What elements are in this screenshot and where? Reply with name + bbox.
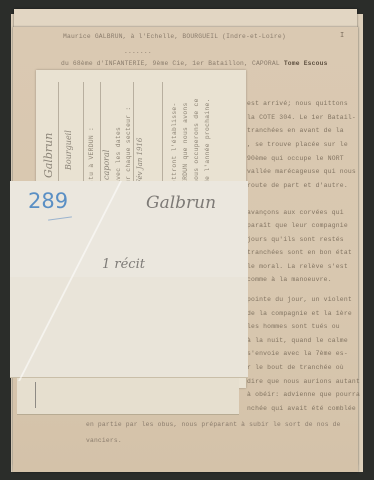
note-card: 289 Galbrun 1 récit [10, 181, 248, 277]
form-typed-line: stu à VERDUN : [88, 127, 95, 184]
text-line: est arrivé; nous quittons [247, 100, 348, 107]
unit-line: du 68ème d'INFANTERIE, 9ème Cie, 1er Bat… [61, 60, 328, 67]
form-rule [100, 82, 101, 182]
unit-line-text: du 68ème d'INFANTERIE, 9ème Cie, 1er Bat… [61, 60, 284, 67]
pencil-mark [35, 382, 36, 408]
text-line: route de part et d'autre. [247, 182, 348, 189]
text-line: tranchées en avant de la [247, 127, 344, 134]
form-rule [133, 82, 134, 182]
underline-mark [48, 216, 72, 220]
form-typed-line: ur chaque secteur : [125, 107, 132, 185]
text-line: la COTE 304. Le 1er Batail- [247, 114, 356, 121]
folded-strip [17, 378, 239, 415]
form-typed-line: ettront l'établisse- [171, 102, 178, 184]
text-line: à obéir: advienne que pourra [247, 391, 360, 398]
form-rule [58, 82, 59, 182]
text-line: tranchées sont en bon état [247, 249, 352, 256]
text-line: pointe du jour, un violent [247, 296, 352, 303]
unit-line-bold: Tome Escous [284, 60, 328, 67]
separator: ....... [124, 48, 152, 55]
handwritten-name: Galbrun [146, 193, 216, 213]
text-line: avançons aux corvées qui [247, 209, 344, 216]
form-typed-line: de l'année prochaine. [204, 98, 211, 184]
blue-pencil-number: 289 [28, 189, 68, 213]
text-line: dire que nous aurions autant [247, 378, 360, 385]
handwritten-label: 1 récit [102, 257, 145, 272]
text-line: , se trouve placée sur le [247, 141, 348, 148]
form-rule [83, 82, 84, 182]
text-line: à la nuit, quand le calme [247, 337, 348, 344]
form-typed-line: nous occuperons de ce [193, 98, 200, 184]
form-typed-line: avec les dates [115, 127, 122, 184]
text-line: s'envoie avec la 7ème es- [247, 350, 348, 357]
text-line: r le bout de tranchée où [247, 364, 344, 371]
text-line: le moral. La relève s'est [247, 263, 348, 270]
text-line: 90ème qui occupe le NORT [247, 155, 344, 162]
page-number: I [340, 32, 344, 40]
header-line: Maurice GALBRUN, à l'Echelle, BOURGUEIL … [63, 33, 286, 40]
handwritten-place-rotated: Bourgueil [64, 130, 73, 170]
bottom-line-2: vanciers. [86, 437, 122, 444]
text-line: comme à la manoeuvre. [247, 276, 332, 283]
form-rule [162, 82, 163, 182]
text-line: de la compagnie et la 1ère [247, 310, 352, 317]
text-line: jours qu'ils sont restés [247, 236, 344, 243]
text-line: vallée marécageuse qui nous [247, 168, 356, 175]
text-line: les hommes sont tués ou [247, 323, 340, 330]
text-line: paraît que leur compagnie [247, 222, 348, 229]
form-typed-line: ERDUN que nous avons [182, 102, 189, 184]
handwritten-name-rotated: Galbrun [42, 133, 55, 178]
text-line: nchée qui avait été comblée [247, 405, 356, 412]
form-handwritten-line: caporal [102, 150, 111, 180]
bottom-line-1: en partie par les obus, nous préparant à… [86, 421, 341, 428]
form-handwritten-line: Fév Jan 1916 [136, 138, 144, 184]
